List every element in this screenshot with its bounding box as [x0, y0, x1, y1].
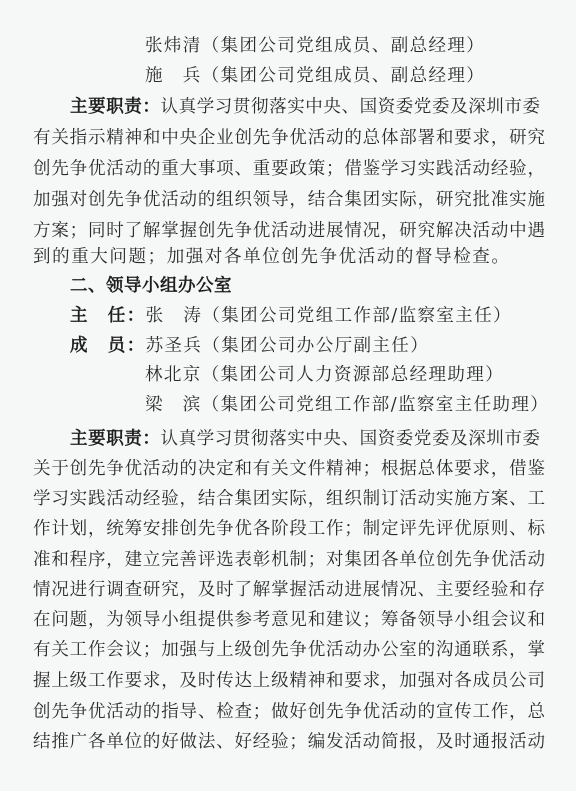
member-line: 梁 滨（集团公司党组工作部/监察室主任助理）	[145, 393, 549, 417]
director-title: （集团公司党组工作部/监察室主任）	[202, 306, 512, 326]
member-title: （集团公司党组成员、副总经理）	[202, 36, 486, 56]
member-line: 施 兵（集团公司党组成员、副总经理）	[145, 64, 485, 88]
duties-label: 主要职责：	[70, 429, 161, 449]
duties-line: 有关指示精神和中央企业创先争优活动的总体部署和要求，研究	[33, 126, 545, 150]
member-line: 张炜清（集团公司党组成员、副总经理）	[145, 34, 485, 58]
duties-line: 关于创先争优活动的决定和有关文件精神；根据总体要求，借鉴	[33, 457, 545, 481]
duties-label: 主要职责：	[70, 97, 161, 117]
director-line: 主 任：张 涛（集团公司党组工作部/监察室主任）	[70, 304, 512, 328]
duties-line: 学习实践活动经验，结合集团实际，组织制订活动实施方案、工	[33, 487, 545, 511]
member-name: 梁 滨	[145, 395, 202, 415]
duties-text: 认真学习贯彻落实中央、国资委党委及深圳市委	[161, 429, 541, 449]
duties-line: 创先争优活动的重大事项、重要政策；借鉴学习实践活动经验，	[33, 157, 545, 181]
duties-line: 有关工作会议；加强与上级创先争优活动办公室的沟通联系，掌	[33, 638, 545, 662]
duties-line: 加强对创先争优活动的组织领导，结合集团实际，研究批准实施	[33, 188, 545, 212]
member-name: 张炜清	[145, 36, 202, 56]
member-title: （集团公司党组工作部/监察室主任助理）	[202, 395, 550, 415]
duties-line: 到的重大问题；加强对各单位创先争优活动的督导检查。	[33, 245, 511, 269]
members-label: 成 员：	[70, 334, 146, 358]
duties-line: 结推广各单位的好做法、好经验；编发活动简报，及时通报活动	[33, 730, 545, 754]
member-title: （集团公司办公厅副主任）	[202, 336, 429, 356]
duties-line: 准和程序，建立完善评选表彰机制；对集团各单位创先争优活动	[33, 548, 545, 572]
section-heading: 二、领导小组办公室	[70, 274, 232, 298]
member-name: 苏圣兵	[146, 336, 203, 356]
duties-line: 情况进行调查研究，及时了解掌握活动进展情况、主要经验和存	[33, 578, 545, 602]
duties-line: 在问题，为领导小组提供参考意见和建议；筹备领导小组会议和	[33, 608, 545, 632]
member-name: 施 兵	[145, 66, 202, 86]
members-line: 成 员：苏圣兵（集团公司办公厅副主任）	[70, 334, 429, 358]
member-line: 林北京（集团公司人力资源部总经理助理）	[145, 363, 504, 387]
director-name: 张 涛	[146, 306, 203, 326]
member-name: 林北京	[145, 365, 202, 385]
duties-line: 作计划，统筹安排创先争优各阶段工作；制定评先评优原则、标	[33, 517, 545, 541]
duties-line: 握上级工作要求，及时传达上级精神和要求，加强对各成员公司	[33, 669, 545, 693]
duties-line: 方案；同时了解掌握创先争优活动进展情况，研究解决活动中遇	[33, 219, 545, 243]
director-label: 主 任：	[70, 304, 146, 328]
member-title: （集团公司人力资源部总经理助理）	[202, 365, 504, 385]
duties-paragraph-start: 主要职责：认真学习贯彻落实中央、国资委党委及深圳市委	[70, 427, 541, 451]
duties-text: 认真学习贯彻落实中央、国资委党委及深圳市委	[161, 97, 541, 117]
member-title: （集团公司党组成员、副总经理）	[202, 66, 486, 86]
duties-paragraph-start: 主要职责：认真学习贯彻落实中央、国资委党委及深圳市委	[70, 95, 541, 119]
duties-line: 创先争优活动的指导、检查；做好创先争优活动的宣传工作，总	[33, 700, 545, 724]
